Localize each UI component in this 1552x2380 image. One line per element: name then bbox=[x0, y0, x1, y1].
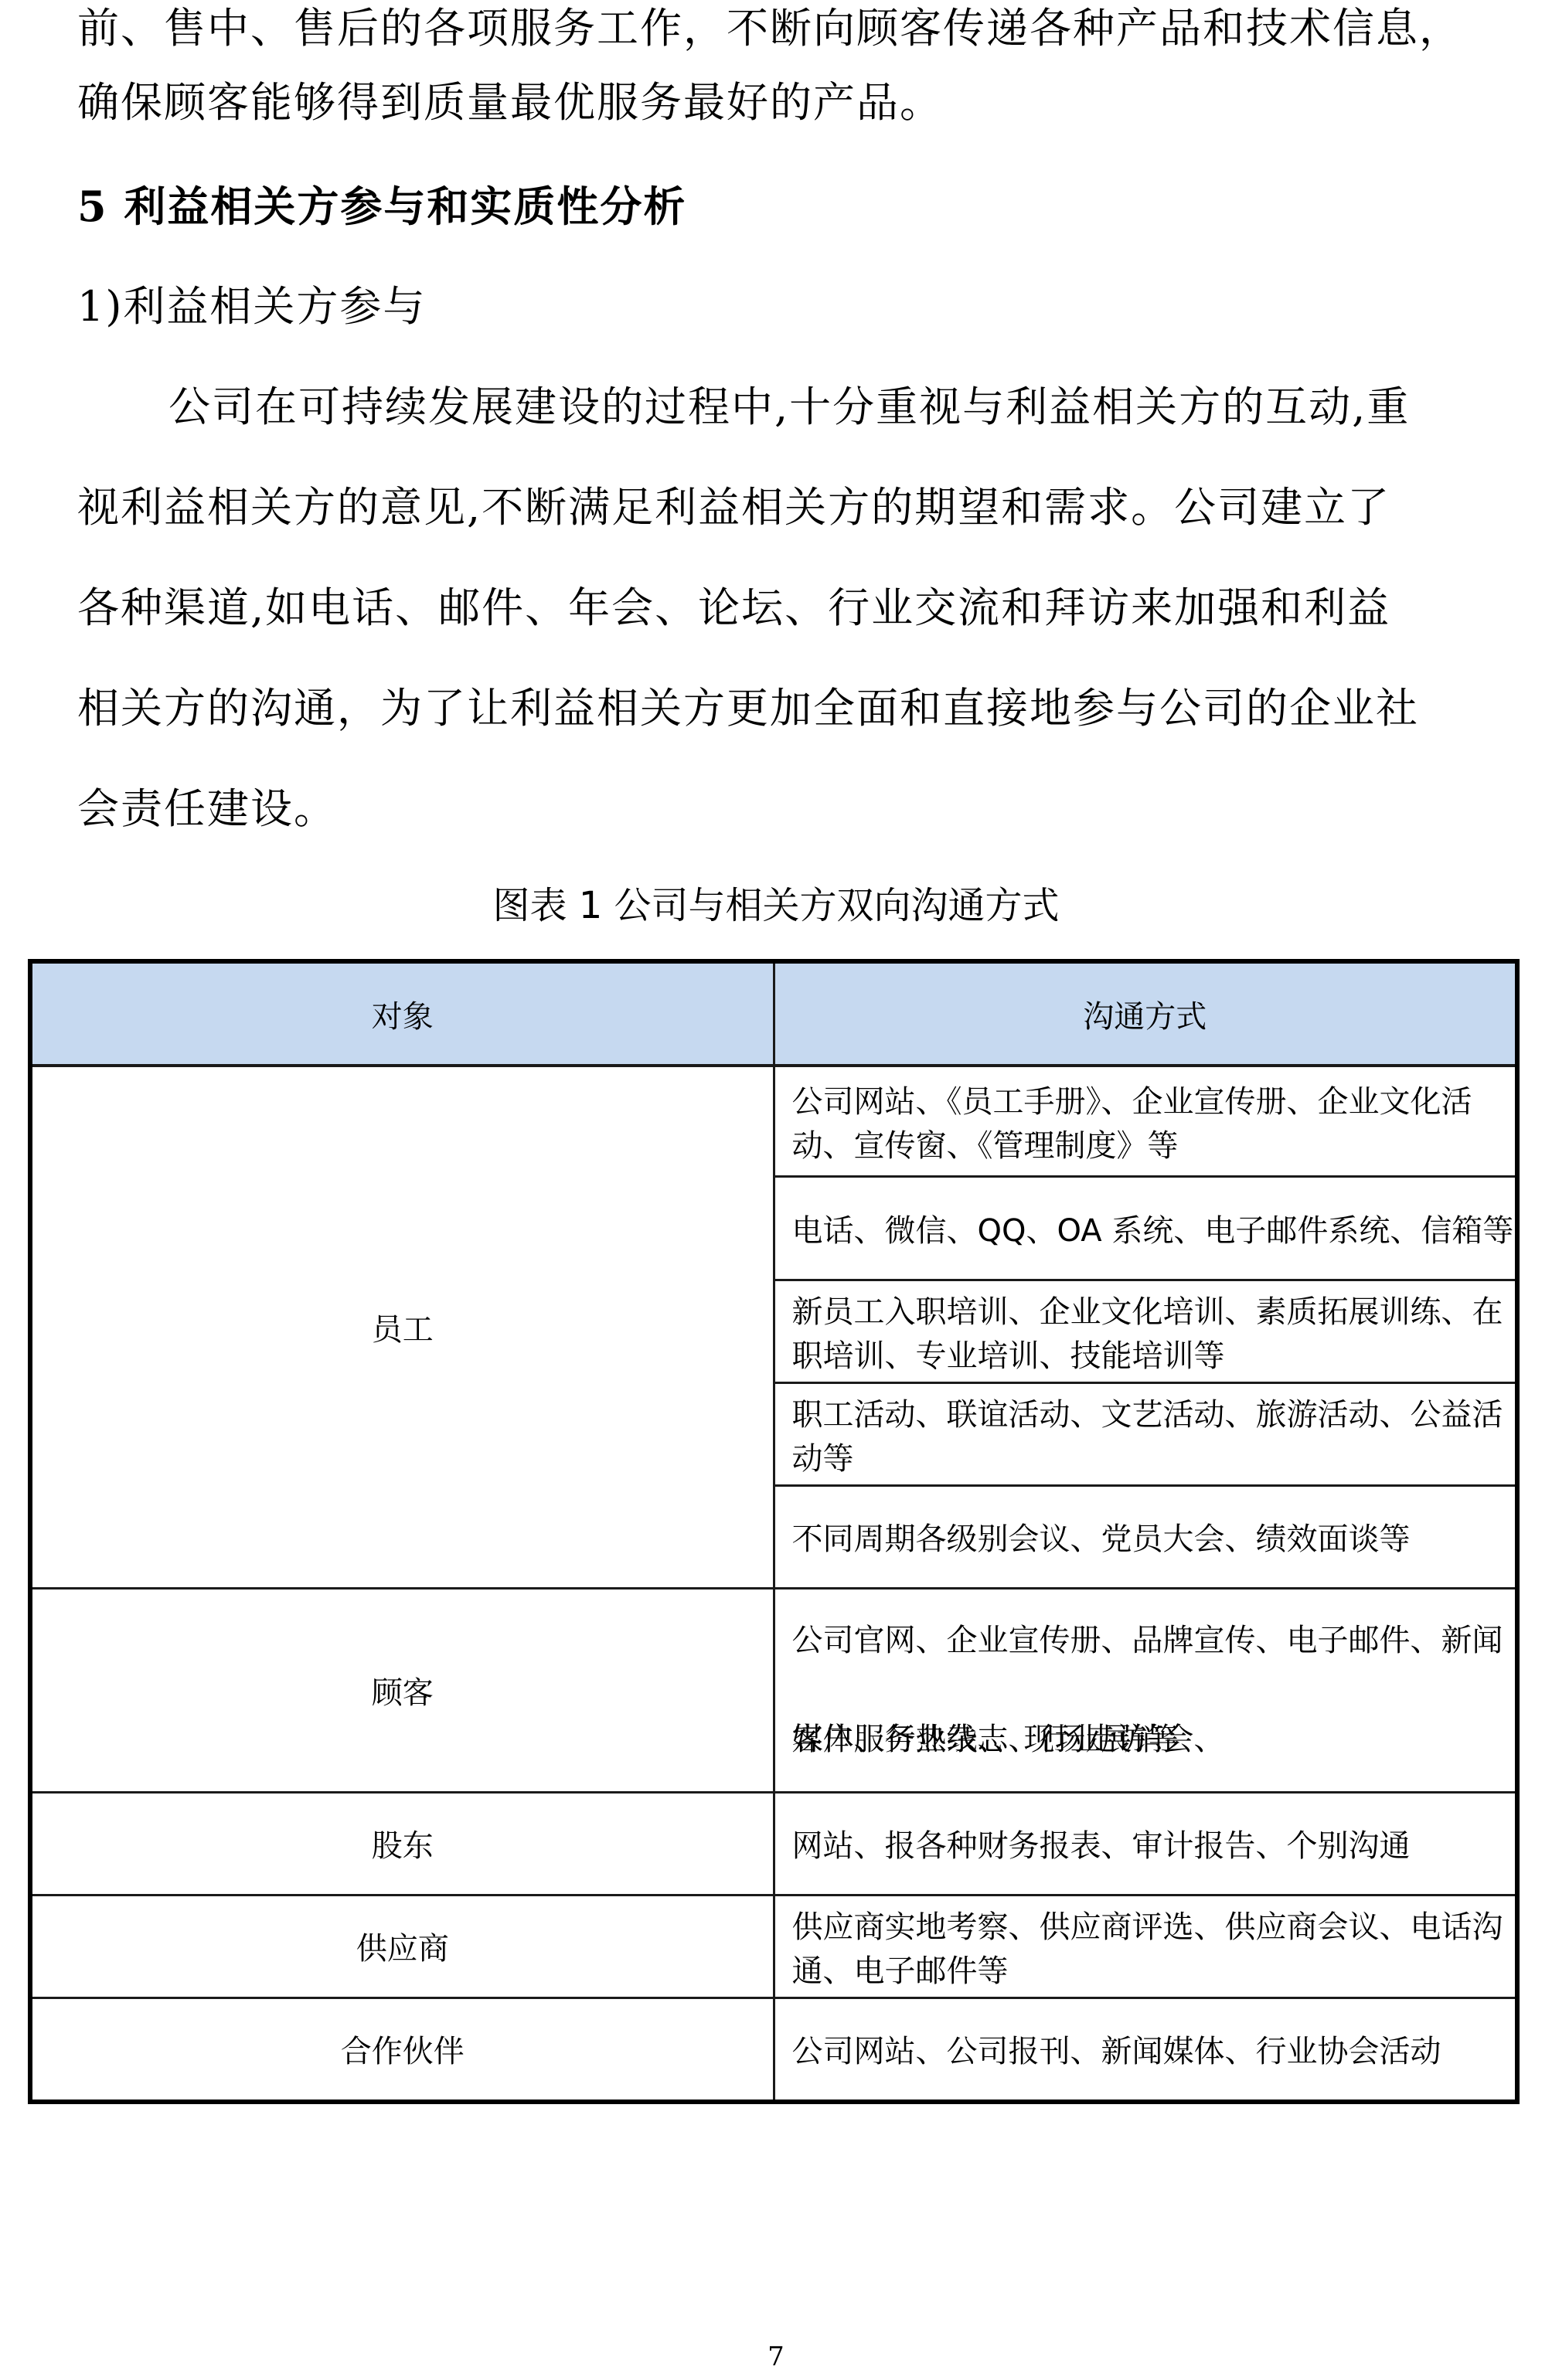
method-cell: 职工活动、联谊活动、文艺活动、旅游活动、公益活动等 bbox=[774, 1382, 1517, 1485]
page-number: 7 bbox=[0, 2341, 1552, 2372]
paragraph-line: 前、售中、售后的各项服务工作，不断向顾客传递各种产品和技术信息， bbox=[77, 2, 1462, 56]
communication-table: 对象 沟通方式 员工 公司网站、《员工手册》、企业宣传册、企业文化活动、宣传窗、… bbox=[28, 959, 1520, 2104]
method-line: 客户服务热线、、现场走访等 bbox=[792, 1690, 1516, 1789]
table-row: 员工 公司网站、《员工手册》、企业宣传册、企业文化活动、宣传窗、《管理制度》等 bbox=[30, 1066, 1517, 1176]
object-cell-customer: 顾客 bbox=[30, 1588, 774, 1792]
paragraph-line: 确保顾客能够得到质量最优服务最好的产品。 bbox=[77, 76, 943, 130]
object-cell-employee: 员工 bbox=[30, 1066, 774, 1588]
header-object: 对象 bbox=[30, 961, 774, 1066]
method-cell: 公司网站、公司报刊、新闻媒体、行业协会活动 bbox=[774, 1997, 1517, 2102]
table-row: 供应商 供应商实地考察、供应商评选、供应商会议、电话沟通、电子邮件等 bbox=[30, 1895, 1517, 1997]
object-cell-supplier: 供应商 bbox=[30, 1895, 774, 1997]
paragraph-line: 各种渠道,如电话、邮件、年会、论坛、行业交流和拜访来加强和利益 bbox=[77, 581, 1390, 635]
method-cell: 不同周期各级别会议、党员大会、绩效面谈等 bbox=[774, 1485, 1517, 1588]
paragraph-line: 会责任建设。 bbox=[77, 782, 337, 836]
paragraph-line: 视利益相关方的意见,不断满足利益相关方的期望和需求。公司建立了 bbox=[77, 481, 1390, 535]
table-row: 合作伙伴 公司网站、公司报刊、新闻媒体、行业协会活动 bbox=[30, 1997, 1517, 2102]
subsection-heading: 1)利益相关方参与 bbox=[77, 280, 426, 334]
method-cell: 新员工入职培训、企业文化培训、素质拓展训练、在职培训、专业培训、技能培训等 bbox=[774, 1280, 1517, 1382]
method-cell: 网站、报各种财务报表、审计报告、个别沟通 bbox=[774, 1792, 1517, 1895]
section-heading: 5 利益相关方参与和实质性分析 bbox=[77, 179, 686, 233]
method-line: 公司官网、企业宣传册、品牌宣传、电子邮件、新闻媒体、行业杂志、行业展销会、 bbox=[792, 1591, 1516, 1690]
header-method: 沟通方式 bbox=[774, 961, 1517, 1066]
object-cell-shareholder: 股东 bbox=[30, 1792, 774, 1895]
method-cell: 供应商实地考察、供应商评选、供应商会议、电话沟通、电子邮件等 bbox=[774, 1895, 1517, 1997]
table-row: 顾客 公司官网、企业宣传册、品牌宣传、电子邮件、新闻媒体、行业杂志、行业展销会、… bbox=[30, 1588, 1517, 1792]
paragraph-line: 相关方的沟通，为了让利益相关方更加全面和直接地参与公司的企业社 bbox=[77, 682, 1419, 736]
table-header-row: 对象 沟通方式 bbox=[30, 961, 1517, 1066]
method-cell: 公司网站、《员工手册》、企业宣传册、企业文化活动、宣传窗、《管理制度》等 bbox=[774, 1066, 1517, 1176]
method-cell: 公司官网、企业宣传册、品牌宣传、电子邮件、新闻媒体、行业杂志、行业展销会、 客户… bbox=[774, 1588, 1517, 1792]
table-caption: 图表 1 公司与相关方双向沟通方式 bbox=[0, 881, 1552, 930]
method-cell: 电话、微信、QQ、OA 系统、电子邮件系统、信箱等 bbox=[774, 1176, 1517, 1280]
paragraph-line: 公司在可持续发展建设的过程中,十分重视与利益相关方的互动,重 bbox=[168, 380, 1410, 434]
object-cell-partner: 合作伙伴 bbox=[30, 1997, 774, 2102]
table-row: 股东 网站、报各种财务报表、审计报告、个别沟通 bbox=[30, 1792, 1517, 1895]
